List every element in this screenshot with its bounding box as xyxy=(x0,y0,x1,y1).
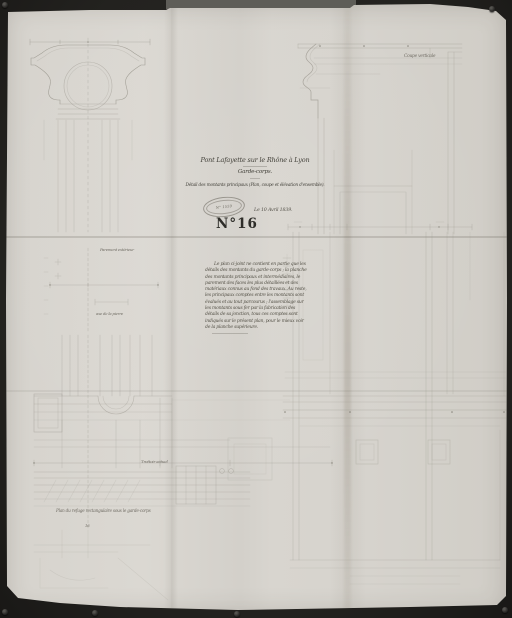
label-mid-left-axis: axe de la pierre xyxy=(96,311,123,316)
label-corner-mark: 16 xyxy=(85,523,89,528)
pushpin-bottom-right xyxy=(502,607,508,613)
label-top-right: Coupe verticale xyxy=(404,54,435,59)
label-mid-left-top: Parement extérieur xyxy=(100,247,134,252)
date-line: Le 10 Avril 1839. xyxy=(254,208,292,213)
refuge-plan-drawing xyxy=(33,335,332,600)
photographed-plan-sheet: Pont Lafayette sur le Rhône à Lyon Garde… xyxy=(0,0,512,618)
note-line: détails de sa jonction, tous ces comptes… xyxy=(205,312,311,318)
handwritten-note: Le plan ci-joint ne contient en partie q… xyxy=(205,262,311,331)
cornice-elevation-drawing xyxy=(298,44,462,234)
note-line: détails des montants du garde-corps ; la… xyxy=(205,268,311,274)
pushpin-top-right xyxy=(489,6,495,12)
pushpin-bottom-left xyxy=(2,609,8,615)
note-line: les principaux comptes entre les montant… xyxy=(205,293,311,299)
archive-stamp-inner-ring xyxy=(205,198,242,216)
pushpin-top-left xyxy=(2,2,8,8)
sheet-number: N°16 xyxy=(216,216,258,232)
pillar-elevation-drawing xyxy=(283,232,508,584)
capital-plan-drawing xyxy=(30,38,150,232)
subtitle-line: Garde-corps. xyxy=(238,169,272,175)
pushpin-bottom-left-2 xyxy=(92,610,98,616)
label-sidewalk: Trottoir actuel xyxy=(141,459,168,464)
paper-sheet: Pont Lafayette sur le Rhône à Lyon Garde… xyxy=(0,0,512,618)
label-lower-caption: Plan du refuge rectangulaire sous le gar… xyxy=(56,508,151,513)
title-flourish xyxy=(243,166,267,167)
backdrop-band xyxy=(166,0,356,9)
dimensioned-elevation-drawing xyxy=(44,248,159,332)
dimension-line-mid xyxy=(288,222,472,230)
note-flourish xyxy=(212,333,248,334)
note-line: de la planche supérieure. xyxy=(205,325,311,331)
pushpin-bottom-center xyxy=(234,611,240,617)
note-line: des montants principaux et intermédiaire… xyxy=(205,275,311,281)
subtitle-flourish xyxy=(250,178,260,179)
title-line: Pont Lafayette sur le Rhône à Lyon xyxy=(201,156,310,164)
detail-line: Détail des montants principaux (Plan, co… xyxy=(186,183,325,188)
